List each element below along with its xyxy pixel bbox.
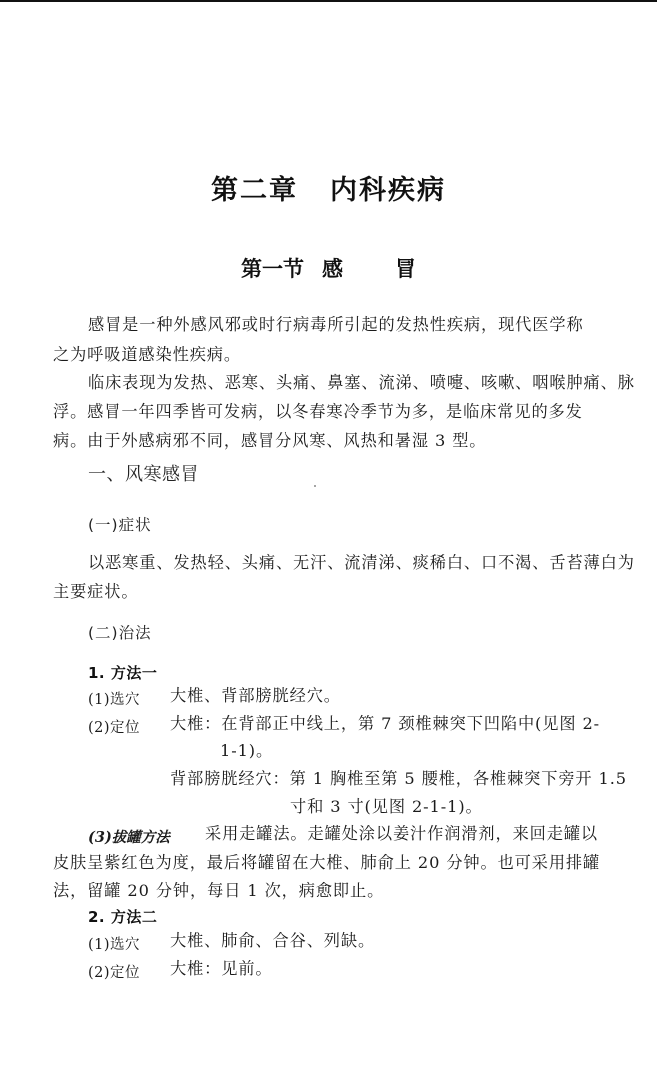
chapter-name: 内科疾病 [330, 175, 446, 206]
method2-title: 2. 方法二 [88, 906, 157, 927]
section-title-char-2: 冒 [395, 257, 416, 281]
method1-title: 1. 方法一 [88, 662, 157, 683]
section-title-char-1: 感 [322, 257, 343, 281]
method1-cupping-line1: 采用走罐法。走罐处涂以姜汁作润滑剂，来回走罐以 [205, 824, 598, 844]
subsection-heading: 一、风寒感冒 [88, 460, 199, 486]
method2-acupoint-label: (1)选穴 [88, 933, 140, 954]
method2-acupoint-text: 大椎、肺俞、合谷、列缺。 [170, 931, 375, 951]
method1-location-bladder-line1: 背部膀胱经穴：第 1 胸椎至第 5 腰椎，各椎棘突下旁开 1.5 [170, 769, 627, 789]
chapter-title: 第二章内科疾病 [0, 168, 657, 207]
method1-location-dazhui-line1: 大椎：在背部正中线上，第 7 颈椎棘突下凹陷中(见图 2- [170, 714, 600, 734]
intro-para2-line2: 浮。感冒一年四季皆可发病，以冬春寒冷季节为多，是临床常见的多发 [53, 402, 583, 422]
scan-speck [314, 485, 316, 487]
treatment-heading: (二)治法 [88, 621, 152, 643]
method1-cupping-label: (3)拔罐方法 [88, 826, 170, 847]
method1-acupoint-label: (1)选穴 [88, 688, 140, 709]
method2-location-label: (2)定位 [88, 961, 140, 982]
method1-cupping-line3: 法，留罐 20 分钟，每日 1 次，病愈即止。 [53, 881, 384, 901]
symptoms-line1: 以恶寒重、发热轻、头痛、无汗、流清涕、痰稀白、口不渴、舌苔薄白为 [88, 553, 635, 573]
chapter-number: 第二章 [211, 175, 298, 206]
section-title: 第一节感冒 [0, 253, 657, 283]
method1-location-bladder-line2: 寸和 3 寸(见图 2-1-1)。 [290, 797, 483, 817]
intro-para1-line2: 之为呼吸道感染性疾病。 [53, 345, 241, 365]
method1-cupping-line2: 皮肤呈紫红色为度，最后将罐留在大椎、肺俞上 20 分钟。也可采用排罐 [53, 853, 600, 873]
symptoms-heading: (一)症状 [88, 513, 152, 535]
intro-para1-line1: 感冒是一种外感风邪或时行病毒所引起的发热性疾病，现代医学称 [88, 315, 584, 335]
intro-para2-line1: 临床表现为发热、恶寒、头痛、鼻塞、流涕、喷嚏、咳嗽、咽喉肿痛、脉 [88, 373, 635, 393]
section-number: 第一节 [241, 257, 304, 281]
page-top-border [0, 0, 657, 2]
method2-location-text: 大椎：见前。 [170, 959, 273, 979]
method1-location-dazhui-line2: 1-1)。 [220, 741, 273, 761]
method1-acupoint-text: 大椎、背部膀胱经穴。 [170, 686, 341, 706]
symptoms-line2: 主要症状。 [53, 582, 138, 602]
intro-para2-line3: 病。由于外感病邪不同，感冒分风寒、风热和暑湿 3 型。 [53, 431, 486, 451]
method1-location-label: (2)定位 [88, 716, 140, 737]
